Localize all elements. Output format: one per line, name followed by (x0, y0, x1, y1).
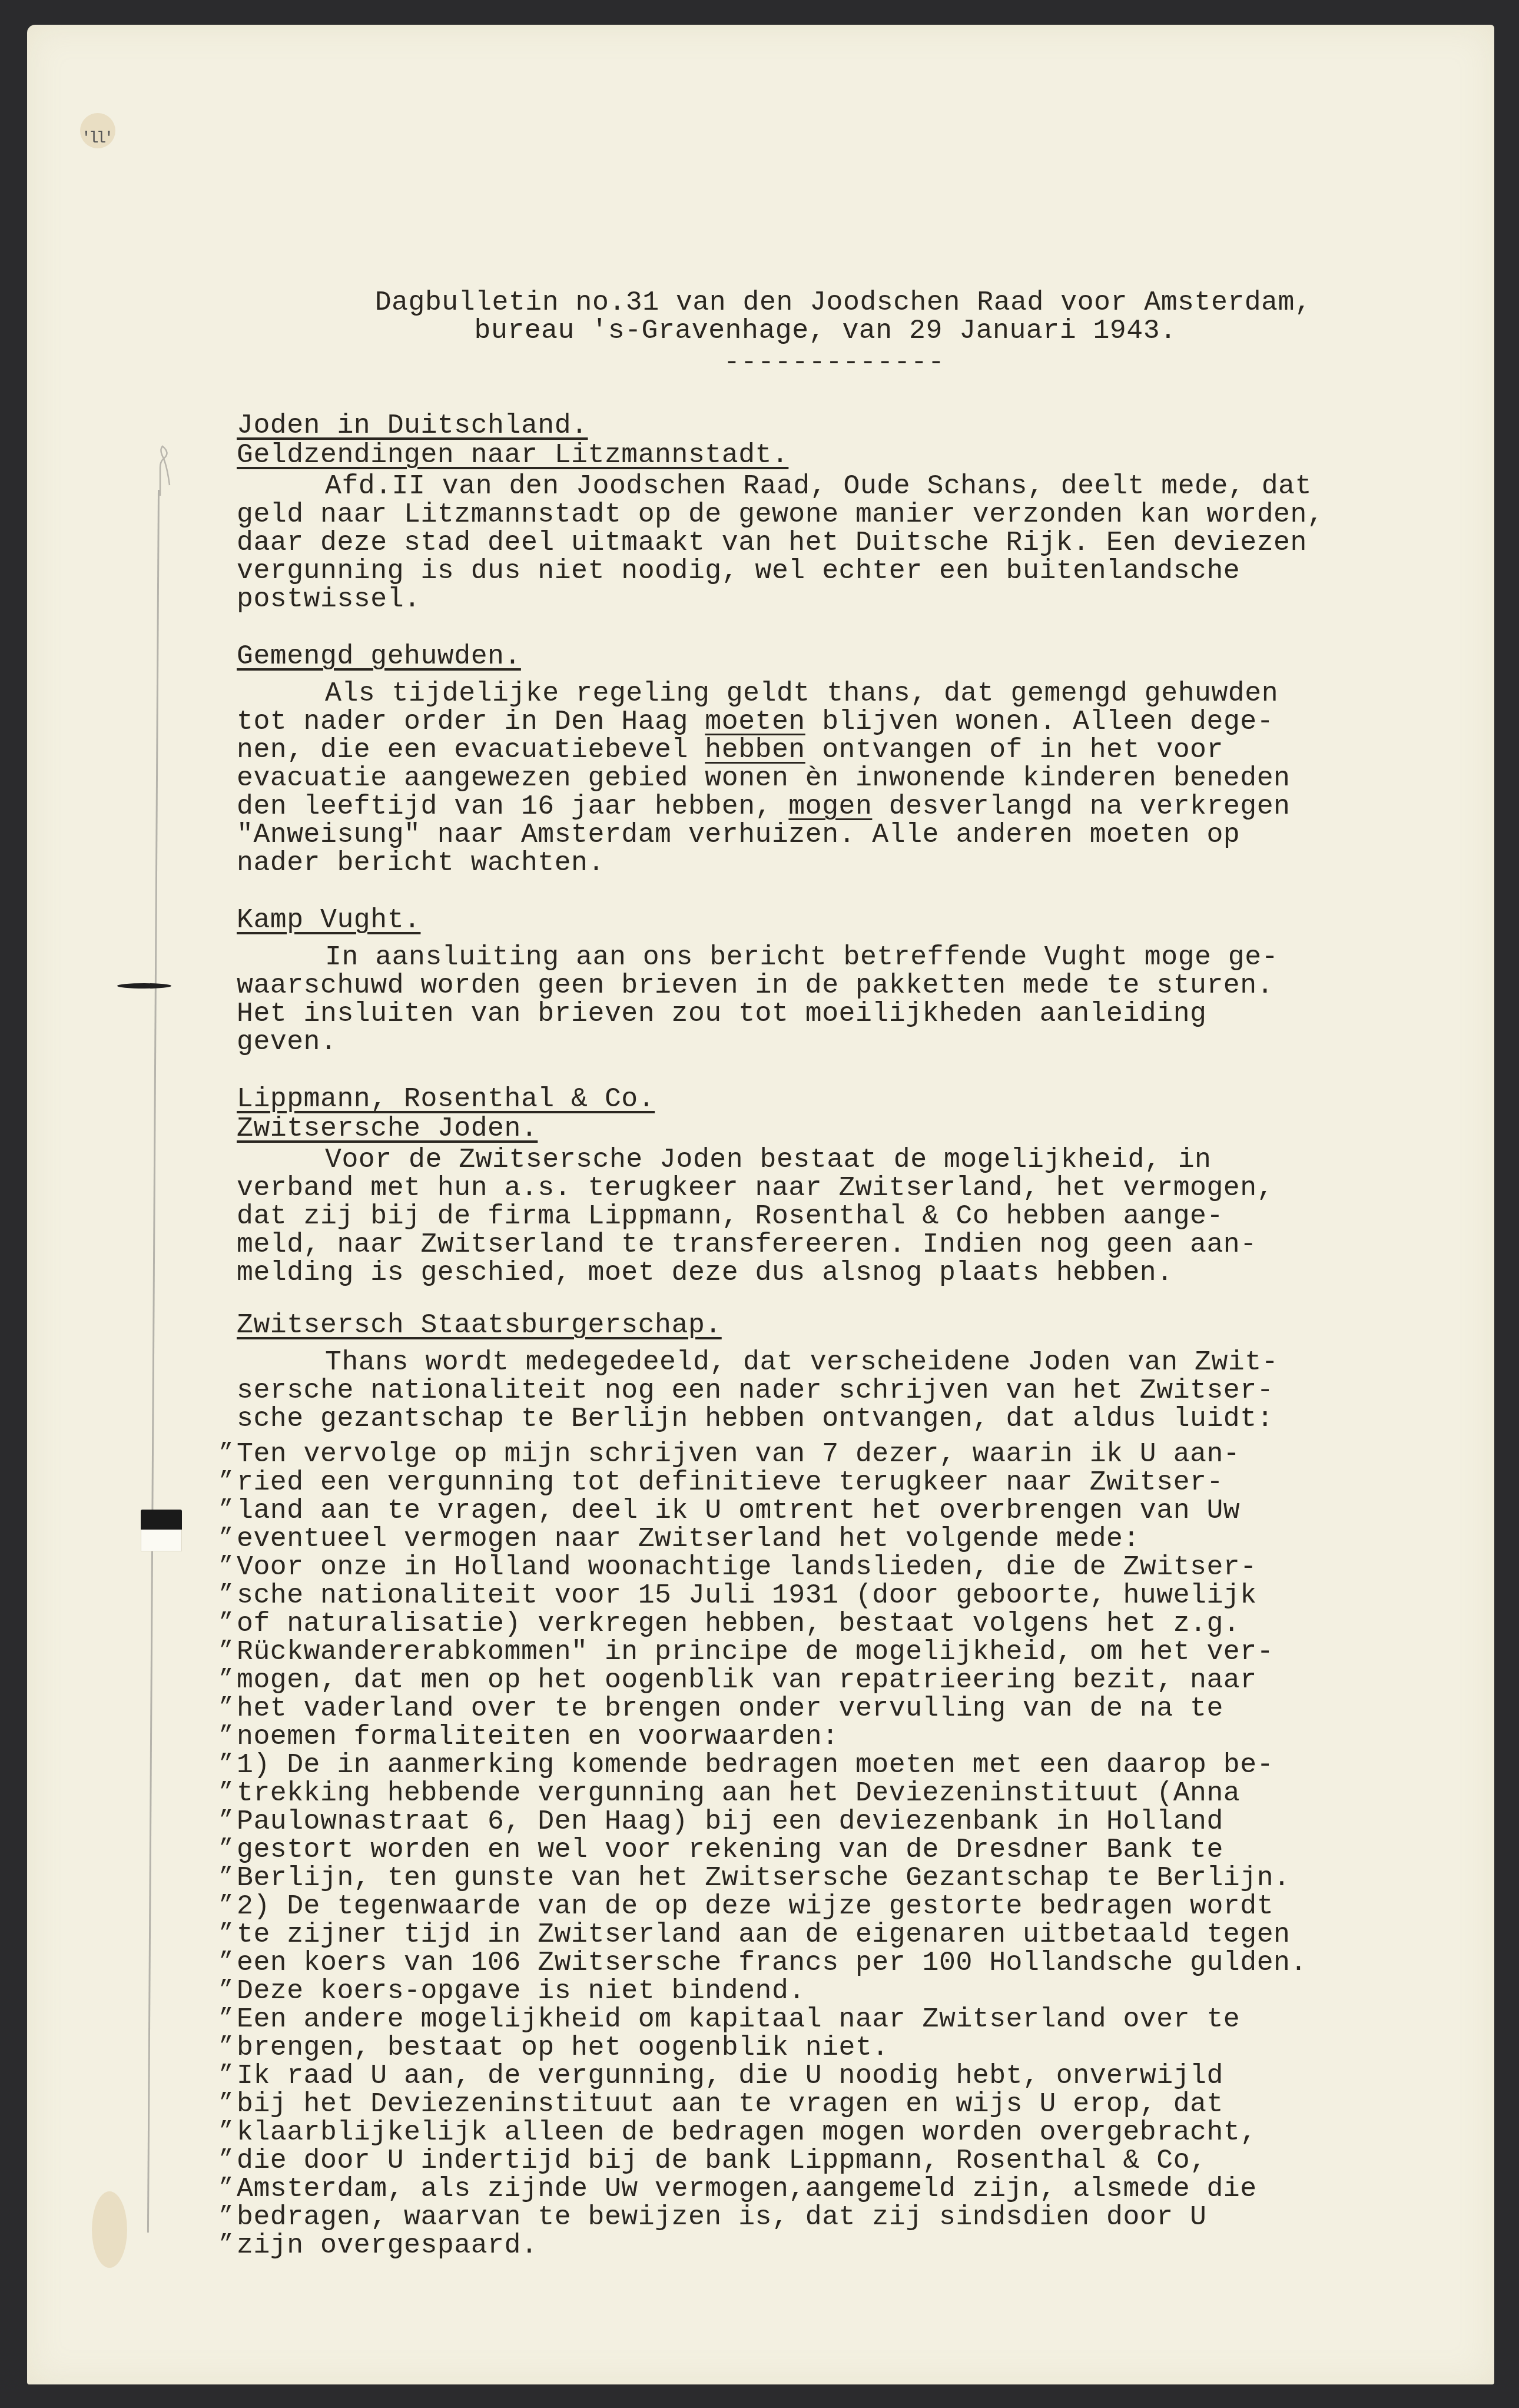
quoted-text-line: Voor onze in Holland woonachtige landsli… (219, 1553, 1391, 1581)
quoted-text-line: die door U indertijd bij de bank Lippman… (219, 2147, 1391, 2175)
text-line: Thans wordt medegedeeld, dat verscheiden… (237, 1348, 1391, 1377)
document-title: Dagbulletin no.31 van den Joodschen Raad… (296, 288, 1391, 377)
quoted-text-line: mogen, dat men op het oogenblik van repa… (219, 1666, 1391, 1694)
margin-pencil-line (147, 490, 160, 2233)
quoted-text-line: 1) De in aanmerking komende bedragen moe… (219, 1751, 1391, 1779)
section-body: Als tijdelijke regeling geldt thans, dat… (237, 679, 1391, 877)
section-joden-in-duitschland: Joden in Duitschland. Geldzendingen naar… (237, 411, 1391, 613)
quoted-text-line: of naturalisatie) verkregen hebben, best… (219, 1610, 1391, 1638)
section-gemengd-gehuwden: Gemengd gehuwden. Als tijdelijke regelin… (237, 642, 1391, 877)
quoted-text-line: klaarblijkelijk alleen de bedragen mogen… (219, 2118, 1391, 2147)
text-line: In aansluiting aan ons bericht betreffen… (237, 943, 1391, 971)
quoted-text-line: Paulownastraat 6, Den Haag) bij een devi… (219, 1807, 1391, 1836)
text-line: geven. (237, 1028, 1391, 1056)
quoted-text-line: het vaderland over te brengen onder verv… (219, 1694, 1391, 1723)
quoted-text-line: trekking hebbende vergunning aan het Dev… (219, 1779, 1391, 1807)
quoted-text-line: Deze koers-opgave is niet bindend. (219, 1977, 1391, 2005)
text-line: vergunning is dus niet noodig, wel echte… (237, 557, 1391, 585)
section-body: Thans wordt medegedeeld, dat verscheiden… (237, 1348, 1391, 1433)
quoted-text-line: te zijner tijd in Zwitserland aan de eig… (219, 1921, 1391, 1949)
quoted-text-line: 2) De tegenwaarde van de op deze wijze g… (219, 1892, 1391, 1921)
section-heading: Joden in Duitschland. (237, 411, 588, 440)
quoted-text-line: brengen, bestaat op het oogenblik niet. (219, 2034, 1391, 2062)
quoted-text-line: Amsterdam, als zijnde Uw vermogen,aangem… (219, 2175, 1391, 2203)
text-line: tot nader order in Den Haag moeten blijv… (237, 708, 1391, 736)
quoted-text-line: Rückwandererabkommen" in principe de mog… (219, 1638, 1391, 1666)
quoted-text-line: Een andere mogelijkheid om kapitaal naar… (219, 2005, 1391, 2034)
underlined-word: moeten (705, 706, 805, 737)
quoted-text-line: een koers van 106 Zwitsersche francs per… (219, 1949, 1391, 1977)
text-line: Voor de Zwitsersche Joden bestaat de mog… (237, 1146, 1391, 1174)
section-heading: Gemengd gehuwden. (237, 642, 521, 671)
text-line: sche gezantschap te Berlijn hebben ontva… (237, 1405, 1391, 1433)
quoted-letter: Ten vervolge op mijn schrijven van 7 dez… (219, 1440, 1391, 2260)
quoted-text-line: Ik raad U aan, de vergunning, die U nood… (219, 2062, 1391, 2090)
quoted-text-line: noemen formaliteiten en voorwaarden: (219, 1723, 1391, 1751)
text-line: nader bericht wachten. (237, 849, 1391, 877)
text-line: Het insluiten van brieven zou tot moeili… (237, 1000, 1391, 1028)
text-line: evacuatie aangewezen gebied wonen èn inw… (237, 764, 1391, 792)
binding-mark (117, 983, 171, 989)
quoted-text-line: bedragen, waarvan te bewijzen is, dat zi… (219, 2203, 1391, 2231)
text-line: den leeftijd van 16 jaar hebben, mogen d… (237, 792, 1391, 821)
punch-hole (141, 1510, 182, 1563)
quoted-text-line: sche nationaliteit voor 15 Juli 1931 (do… (219, 1581, 1391, 1610)
margin-tick-marks: 'll' (81, 130, 111, 148)
quoted-text-line: ried een vergunning tot definitieve teru… (219, 1468, 1391, 1497)
section-body: Voor de Zwitsersche Joden bestaat de mog… (237, 1146, 1391, 1287)
paper-stain (92, 2191, 127, 2268)
text-line: "Anweisung" naar Amsterdam verhuizen. Al… (237, 821, 1391, 849)
section-heading: Kamp Vught. (237, 906, 420, 935)
text-line: postwissel. (237, 585, 1391, 613)
section-subheading: Geldzendingen naar Litzmannstadt. (237, 440, 788, 470)
underlined-word: hebben (705, 734, 805, 765)
text-line: sersche nationaliteit nog een nader schr… (237, 1377, 1391, 1405)
text-line: Als tijdelijke regeling geldt thans, dat… (237, 679, 1391, 708)
text-line: melding is geschied, moet deze dus alsno… (237, 1259, 1391, 1287)
text-line: waarschuwd worden geen brieven in de pak… (237, 971, 1391, 1000)
text-line: verband met hun a.s. terugkeer naar Zwit… (237, 1174, 1391, 1202)
text-line: daar deze stad deel uitmaakt van het Dui… (237, 529, 1391, 557)
section-subheading: Zwitsersche Joden. (237, 1114, 538, 1143)
text-line: dat zij bij de firma Lippmann, Rosenthal… (237, 1202, 1391, 1230)
title-separator: ------------- (278, 349, 1391, 377)
title-line-2: bureau 's-Gravenhage, van 29 Januari 194… (260, 317, 1391, 345)
section-body: Afd.II van den Joodschen Raad, Oude Scha… (237, 472, 1391, 613)
text-line: meld, naar Zwitserland te transfereeren.… (237, 1230, 1391, 1259)
title-line-1: Dagbulletin no.31 van den Joodschen Raad… (296, 288, 1391, 317)
quoted-text-line: zijn overgespaard. (219, 2231, 1391, 2260)
quoted-text-line: Berlijn, ten gunste van het Zwitsersche … (219, 1864, 1391, 1892)
underlined-word: mogen (788, 791, 872, 822)
quoted-text-line: land aan te vragen, deel ik U omtrent he… (219, 1497, 1391, 1525)
section-kamp-vught: Kamp Vught. In aansluiting aan ons beric… (237, 906, 1391, 1056)
section-lippmann-rosenthal: Lippmann, Rosenthal & Co. Zwitsersche Jo… (237, 1084, 1391, 1287)
section-heading: Zwitsersch Staatsburgerschap. (237, 1311, 722, 1340)
text-line: Afd.II van den Joodschen Raad, Oude Scha… (237, 472, 1391, 500)
text-line: geld naar Litzmannstadt op de gewone man… (237, 500, 1391, 529)
margin-pencil-loop (158, 444, 175, 497)
section-zwitsersch-staatsburgerschap: Zwitsersch Staatsburgerschap. Thans word… (237, 1311, 1391, 2260)
quoted-text-line: bij het Deviezeninstituut aan te vragen … (219, 2090, 1391, 2118)
quoted-text-line: Ten vervolge op mijn schrijven van 7 dez… (219, 1440, 1391, 1468)
quoted-text-line: eventueel vermogen naar Zwitserland het … (219, 1525, 1391, 1553)
section-body: In aansluiting aan ons bericht betreffen… (237, 943, 1391, 1056)
document-body: Dagbulletin no.31 van den Joodschen Raad… (237, 288, 1391, 2260)
quoted-text-line: gestort worden en wel voor rekening van … (219, 1836, 1391, 1864)
section-heading: Lippmann, Rosenthal & Co. (237, 1084, 655, 1114)
text-line: nen, die een evacuatiebevel hebben ontva… (237, 736, 1391, 764)
